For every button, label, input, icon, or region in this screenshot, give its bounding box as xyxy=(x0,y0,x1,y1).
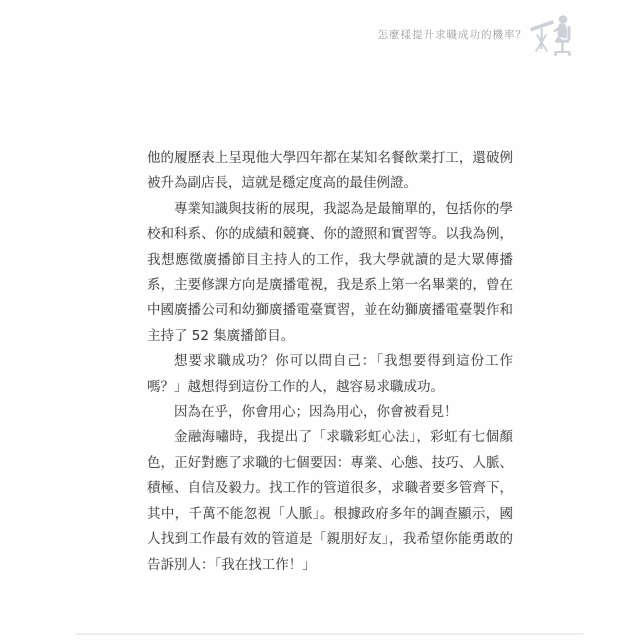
body-text: 他的履歷表上呈現他大學四年都在某知名餐飲業打工，還破例被升為副店長，這就是穩定度… xyxy=(147,146,513,578)
page-edge-rule xyxy=(76,633,584,635)
book-page: 怎麼樣提升求職成功的機率？ xyxy=(0,0,640,640)
running-head: 怎麼樣提升求職成功的機率？ xyxy=(378,27,528,42)
paragraph: 他的履歷表上呈現他大學四年都在某知名餐飲業打工，還破例被升為副店長，這就是穩定度… xyxy=(147,146,513,197)
paragraph: 金融海嘯時，我提出了「求職彩虹心法」，彩虹有七個顏色，正好對應了求職的七個要因：… xyxy=(147,425,513,577)
paragraph: 因為在乎，你會用心；因為用心，你會被看見！ xyxy=(147,400,513,425)
paragraph: 想要求職成功？你可以問自己：「我想要得到這份工作嗎？」越想得到這份工作的人，越容… xyxy=(147,349,513,400)
paragraph: 專業知識與技術的展現，我認為是最簡單的，包括你的學校和科系、你的成績和競賽、你的… xyxy=(147,197,513,349)
person-at-desk-icon xyxy=(528,11,580,57)
